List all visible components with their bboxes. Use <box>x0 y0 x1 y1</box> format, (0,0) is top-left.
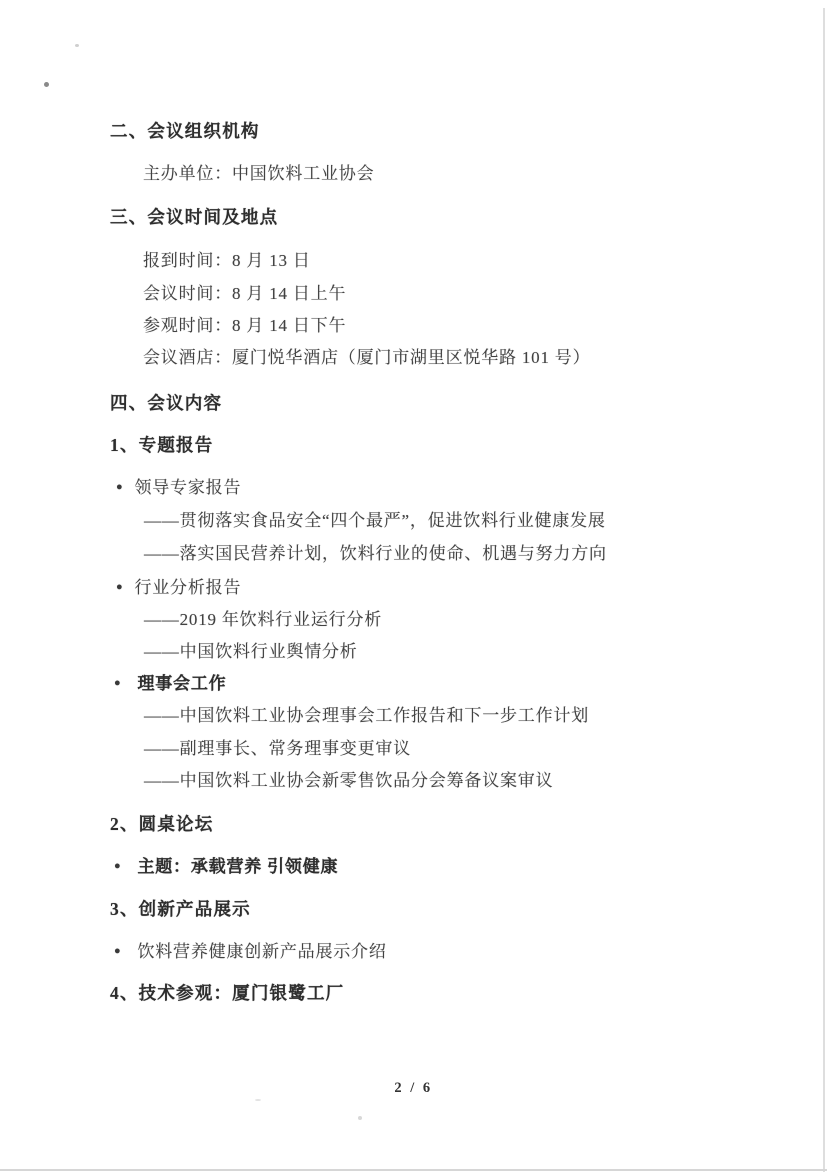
scan-edge-line-right <box>823 8 825 1172</box>
section-heading-content: 四、会议内容 <box>110 392 222 414</box>
dash-item: ——中国饮料工业协会新零售饮品分会筹备议案审议 <box>144 770 553 792</box>
dash-item: ——贯彻落实食品安全“四个最严”，促进饮料行业健康发展 <box>144 510 606 532</box>
dash-item: ——中国饮料行业舆情分析 <box>144 641 358 663</box>
organizer-line: 主办单位：中国饮料工业协会 <box>143 163 374 185</box>
bullet-item-leader-reports: ● 领导专家报告 <box>116 477 241 499</box>
subsection-heading-reports: 1、专题报告 <box>110 434 213 456</box>
scan-speck <box>358 1116 362 1120</box>
bullet-item-council-work: ● 理事会工作 <box>114 673 226 695</box>
bullet-icon: ● <box>114 855 121 877</box>
bullet-item-industry-analysis: ● 行业分析报告 <box>116 577 241 599</box>
bullet-item-roundtable-topic: ● 主题：承载营养 引领健康 <box>114 856 338 878</box>
dash-item: ——中国饮料工业协会理事会工作报告和下一步工作计划 <box>144 705 589 727</box>
dash-item: ——2019 年饮料行业运行分析 <box>144 609 382 631</box>
bullet-item-exhibition-intro: ● 饮料营养健康创新产品展示介绍 <box>114 941 387 963</box>
bullet-item-label: 行业分析报告 <box>134 577 241 599</box>
subsection-heading-factory-visit: 4、技术参观：厦门银鹭工厂 <box>110 982 344 1004</box>
section-heading-time-place: 三、会议时间及地点 <box>110 206 278 228</box>
subsection-heading-exhibition: 3、创新产品展示 <box>110 898 251 920</box>
dash-item: ——落实国民营养计划，饮料行业的使命、机遇与努力方向 <box>144 543 607 565</box>
document-page: 二、会议组织机构 主办单位：中国饮料工业协会 三、会议时间及地点 报到时间：8 … <box>0 0 827 1172</box>
time-item-checkin: 报到时间：8 月 13 日 <box>143 250 311 272</box>
bullet-icon: ● <box>114 672 121 694</box>
page-number: 2 / 6 <box>0 1080 827 1097</box>
bullet-item-label: 理事会工作 <box>137 673 226 695</box>
time-item-meeting: 会议时间：8 月 14 日上午 <box>143 283 346 305</box>
bullet-item-label: 主题：承载营养 引领健康 <box>137 856 338 878</box>
bullet-icon: ● <box>116 576 123 598</box>
dash-item: ——副理事长、常务理事变更审议 <box>144 738 411 760</box>
section-heading-organization: 二、会议组织机构 <box>110 120 260 142</box>
time-item-visit: 参观时间：8 月 14 日下午 <box>143 315 346 337</box>
time-item-hotel: 会议酒店：厦门悦华酒店（厦门市湖里区悦华路 101 号） <box>143 347 590 369</box>
bullet-icon: ● <box>116 476 123 498</box>
bullet-item-label: 领导专家报告 <box>134 477 241 499</box>
scan-speck <box>75 44 79 47</box>
scan-speck <box>255 1099 261 1101</box>
bullet-item-label: 饮料营养健康创新产品展示介绍 <box>137 941 386 963</box>
scan-speck <box>44 82 49 87</box>
bullet-icon: ● <box>114 940 121 962</box>
scan-edge-line-bottom <box>0 1169 827 1171</box>
subsection-heading-roundtable: 2、圆桌论坛 <box>110 813 213 835</box>
